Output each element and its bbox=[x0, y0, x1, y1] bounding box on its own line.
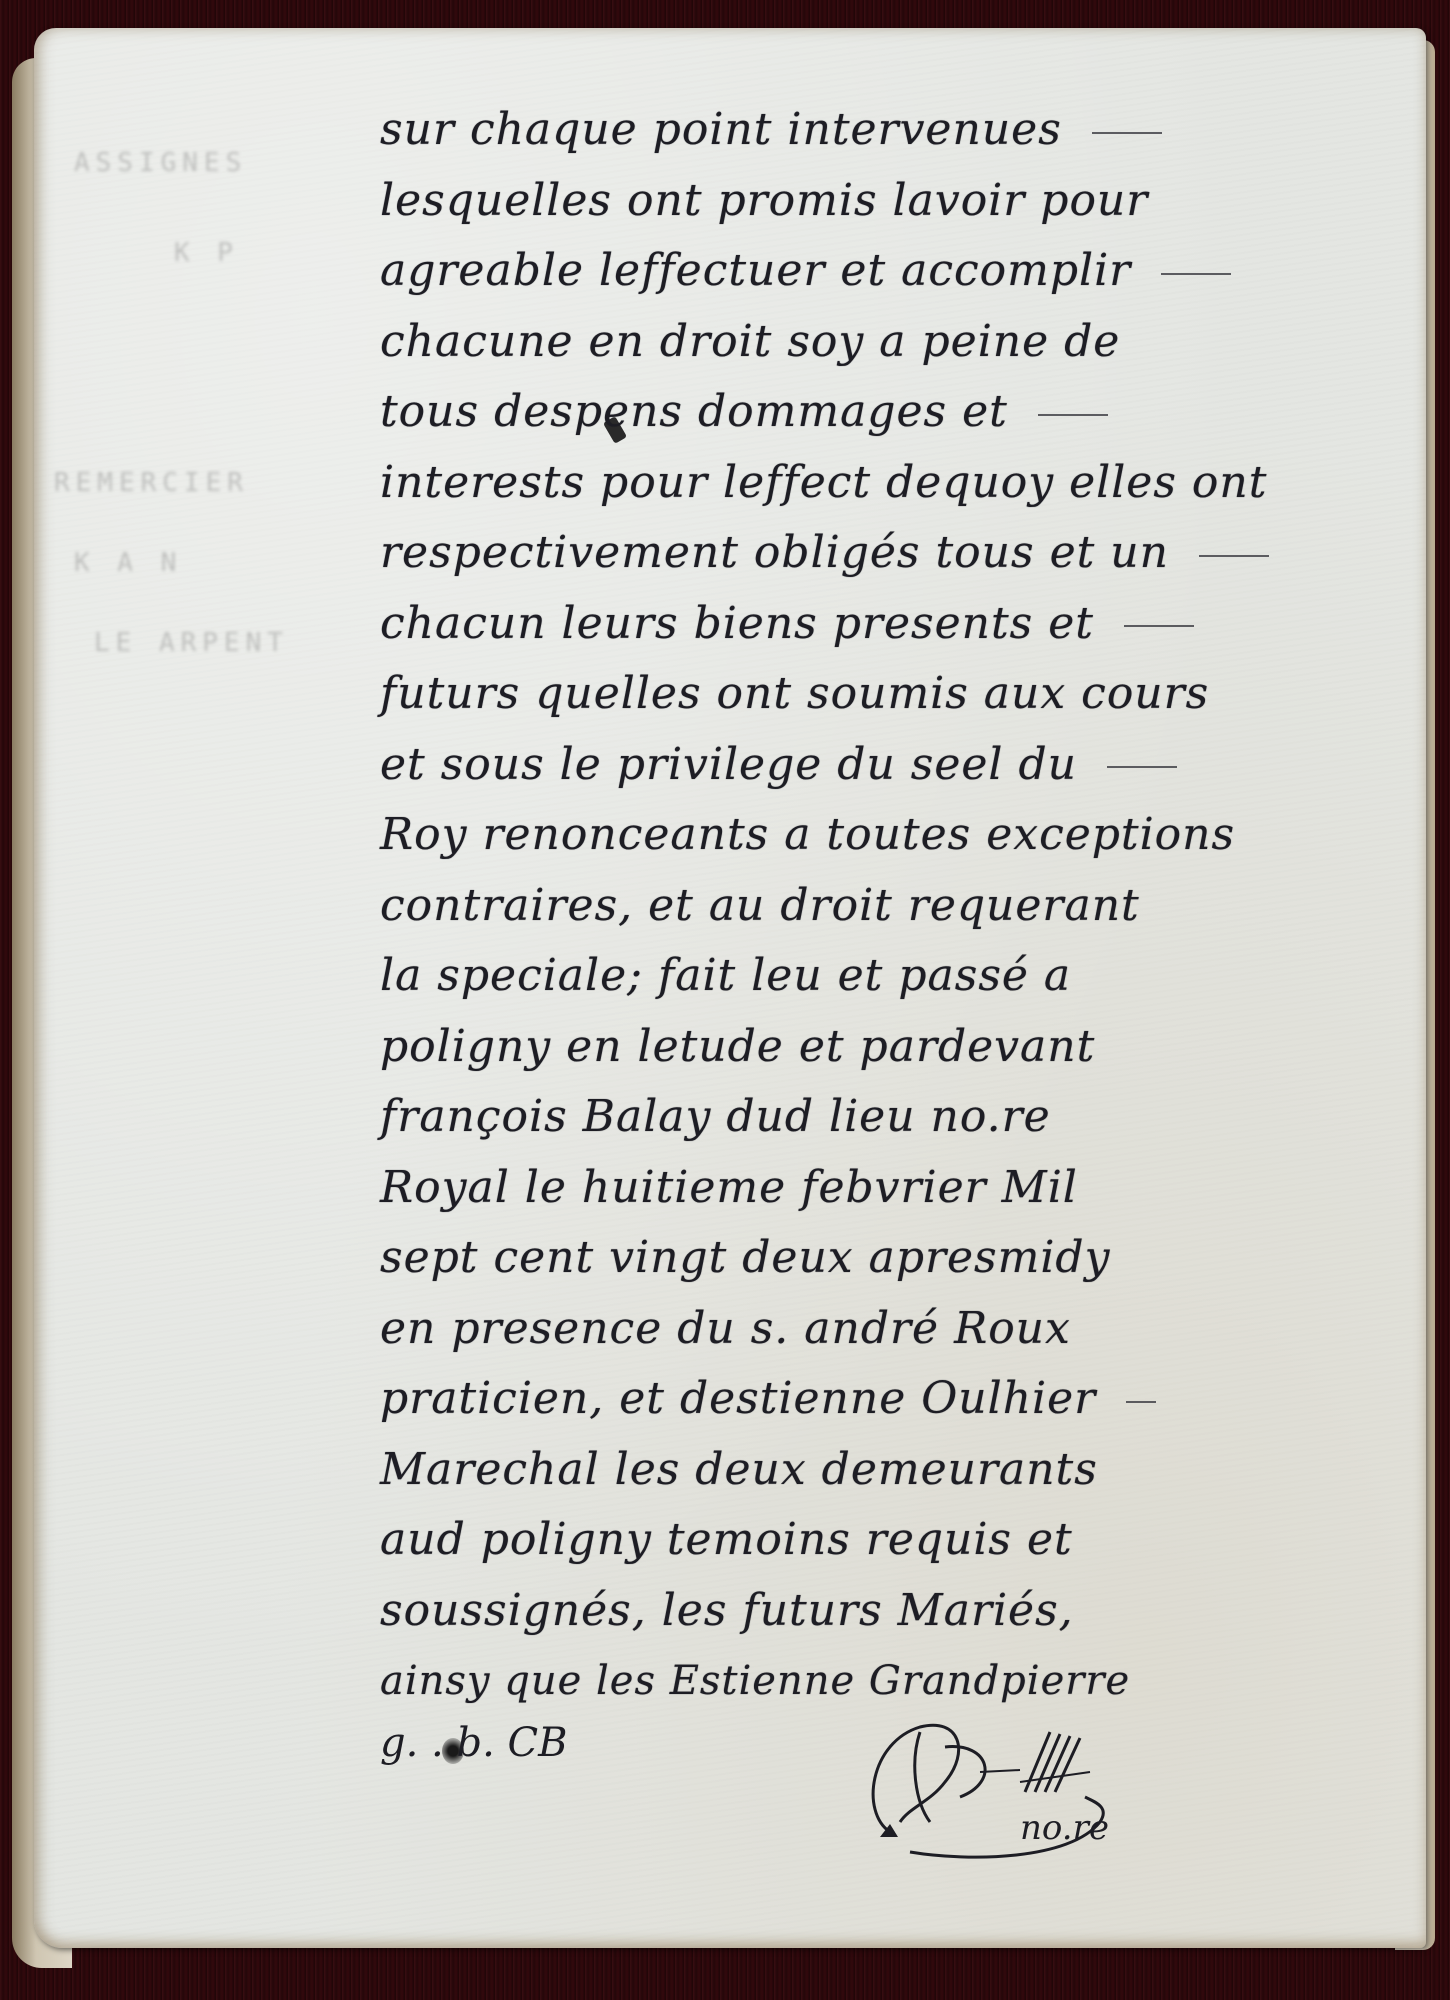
bleed-through-text: K P bbox=[174, 238, 239, 268]
manuscript-line: Royal le huitieme febvrier Mil bbox=[380, 1153, 1400, 1224]
manuscript-line: praticien, et destienne Oulhier bbox=[380, 1364, 1400, 1435]
manuscript-line: lesquelles ont promis lavoir pour bbox=[380, 166, 1400, 237]
line-filler-dash bbox=[1124, 625, 1194, 627]
manuscript-line: agreable leffectuer et accomplir bbox=[380, 236, 1400, 307]
line-filler-dash bbox=[1199, 555, 1269, 557]
line-filler-dash bbox=[1038, 414, 1108, 416]
manuscript-line: la speciale; fait leu et passé a bbox=[380, 941, 1400, 1012]
manuscript-line: aud poligny temoins requis et bbox=[380, 1505, 1400, 1576]
manuscript-line: poligny en letude et pardevant bbox=[380, 1012, 1400, 1083]
bleed-through-text: K A N bbox=[74, 548, 182, 578]
manuscript-line: chacune en droit soy a peine de bbox=[380, 307, 1400, 378]
bleed-through-text: REMERCIER bbox=[54, 468, 249, 498]
line-filler-dash bbox=[1126, 1401, 1156, 1403]
manuscript-line: chacun leurs biens presents et bbox=[380, 589, 1400, 660]
manuscript-line: Marechal les deux demeurants bbox=[380, 1435, 1400, 1506]
signature-area: g. . b. CB no.re bbox=[380, 1720, 1280, 1880]
manuscript-line: contraires, et au droit requerant bbox=[380, 871, 1400, 942]
manuscript-line: et sous le privilege du seel du bbox=[380, 730, 1400, 801]
manuscript-line: soussignés, les futurs Mariés, bbox=[380, 1576, 1400, 1647]
manuscript-line: respectivement obligés tous et un bbox=[380, 518, 1400, 589]
handwritten-text-block: sur chaque point intervenues lesquelles … bbox=[380, 95, 1400, 1717]
manuscript-line: sept cent vingt deux apresmidy bbox=[380, 1223, 1400, 1294]
manuscript-line: en presence du s. andré Roux bbox=[380, 1294, 1400, 1365]
manuscript-line: futurs quelles ont soumis aux cours bbox=[380, 659, 1400, 730]
manuscript-line: tous despens dommages et bbox=[380, 377, 1400, 448]
manuscript-line: Roy renonceants a toutes exceptions bbox=[380, 800, 1400, 871]
manuscript-line: interests pour leffect dequoy elles ont bbox=[380, 448, 1400, 519]
line-filler-dash bbox=[1161, 273, 1231, 275]
line-filler-dash bbox=[1092, 132, 1162, 134]
bleed-through-text: LE ARPENT bbox=[94, 628, 289, 658]
signature-witness: g. . b. CB bbox=[380, 1720, 568, 1766]
notary-abbreviation: no.re bbox=[1020, 1808, 1109, 1848]
line-filler-dash bbox=[1107, 766, 1177, 768]
manuscript-line: françois Balay dud lieu no.re bbox=[380, 1082, 1400, 1153]
bleed-through-text: ASSIGNES bbox=[74, 148, 247, 178]
manuscript-line: ainsy que les Estienne Grandpierre bbox=[380, 1646, 1400, 1717]
manuscript-line: sur chaque point intervenues bbox=[380, 95, 1400, 166]
